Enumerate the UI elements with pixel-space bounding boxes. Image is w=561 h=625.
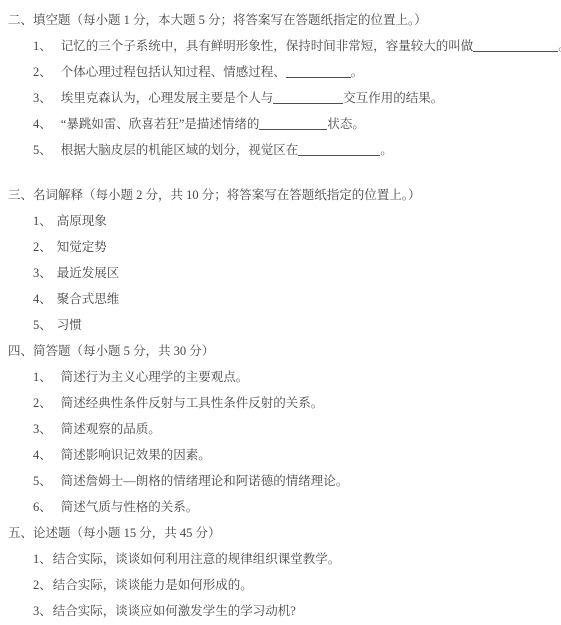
item-number: 5、 [33,468,52,494]
item-number: 2、 [33,390,52,416]
item-number: 1、 [33,364,52,390]
item-text: 个体心理过程包括认知过程、情感过程、。 [61,65,364,79]
text-run: “暴跳如雷、欣喜若狂”是描述情绪的 [61,117,260,131]
text-run: 结合实际，谈谈如何利用注意的规律组织课堂教学。 [53,552,341,566]
question-item: 4、聚合式思维 [8,286,561,312]
text-run: 知觉定势 [57,240,107,254]
text-run: 简述经典性条件反射与工具性条件反射的关系。 [61,396,324,410]
text-run: 个体心理过程包括认知过程、情感过程、 [61,65,286,79]
question-item: 1、简述行为主义心理学的主要观点。 [8,364,561,390]
text-run: 根据大脑皮层的机能区域的划分，视觉区在 [61,143,299,157]
item-text: 习惯 [57,318,82,332]
question-item: 3、埃里克森认为，心理发展主要是个人与交互作用的结果。 [8,85,561,111]
item-text: 高原现象 [57,214,107,228]
item-text: 根据大脑皮层的机能区域的划分，视觉区在。 [61,143,393,157]
section-heading-essay: 五、论述题（每小题 15 分，共 45 分） [8,520,561,546]
text-run: 结合实际，谈谈能力是如何形成的。 [53,578,253,592]
question-item: 3、最近发展区 [8,260,561,286]
question-item: 3、结合实际，谈谈应如何激发学生的学习动机? [8,598,561,624]
item-number: 3、 [33,416,52,442]
question-item: 5、根据大脑皮层的机能区域的划分，视觉区在。 [8,137,561,163]
question-item: 2、个体心理过程包括认知过程、情感过程、。 [8,59,561,85]
text-run: 交互作用的结果。 [343,91,443,105]
question-item: 3、简述观察的品质。 [8,416,561,442]
item-number: 4、 [33,442,52,468]
text-run: 简述气质与性格的关系。 [61,500,199,514]
item-number: 3、 [33,598,52,624]
fill-blank [259,127,327,130]
text-run: 。 [380,143,393,157]
section-heading-fill-in-the-blank: 二、填空题（每小题 1 分，本大题 5 分；将答案写在答题纸指定的位置上。） [8,7,561,33]
fill-blank [286,75,351,78]
text-run: 记忆的三个子系统中，具有鲜明形象性，保持时间非常短，容量较大的叫做 [61,39,474,53]
question-item: 2、知觉定势 [8,234,561,260]
item-text: 简述观察的品质。 [61,422,161,436]
text-run: 最近发展区 [57,266,120,280]
text-run: 简述行为主义心理学的主要观点。 [61,370,249,384]
section-short-answer: 四、简答题（每小题 5 分，共 30 分）1、简述行为主义心理学的主要观点。2、… [8,338,561,520]
text-run: 简述观察的品质。 [61,422,161,436]
question-item: 6、简述气质与性格的关系。 [8,494,561,520]
question-item: 2、结合实际，谈谈能力是如何形成的。 [8,572,561,598]
question-item: 5、简述詹姆士—朗格的情绪理论和阿诺德的情绪理论。 [8,468,561,494]
item-text: 结合实际，谈谈应如何激发学生的学习动机? [53,604,296,618]
text-run: 简述影响识记效果的因素。 [61,448,211,462]
question-item: 2、简述经典性条件反射与工具性条件反射的关系。 [8,390,561,416]
fill-blank [298,153,380,156]
section-term-definitions: 三、名词解释（每小题 2 分，共 10 分；将答案写在答题纸指定的位置上。）1、… [8,182,561,338]
item-text: 最近发展区 [57,266,120,280]
section-heading-short-answer: 四、简答题（每小题 5 分，共 30 分） [8,338,561,364]
item-text: 简述气质与性格的关系。 [61,500,199,514]
item-text: 简述影响识记效果的因素。 [61,448,211,462]
item-number: 1、 [33,33,52,59]
item-number: 5、 [33,137,52,163]
question-item: 1、结合实际，谈谈如何利用注意的规律组织课堂教学。 [8,546,561,572]
item-number: 2、 [33,59,52,85]
item-text: “暴跳如雷、欣喜若狂”是描述情绪的状态。 [61,117,365,131]
text-run: 。 [351,65,364,79]
question-item: 4、简述影响识记效果的因素。 [8,442,561,468]
item-text: 简述詹姆士—朗格的情绪理论和阿诺德的情绪理论。 [61,474,349,488]
exam-sheet: 二、填空题（每小题 1 分，本大题 5 分；将答案写在答题纸指定的位置上。）1、… [0,0,561,624]
question-item: 5、习惯 [8,312,561,338]
item-number: 3、 [33,260,52,286]
item-text: 知觉定势 [57,240,107,254]
item-number: 5、 [33,312,52,338]
item-text: 结合实际，谈谈能力是如何形成的。 [53,578,253,592]
item-number: 2、 [33,572,52,598]
text-run: 结合实际，谈谈应如何激发学生的学习动机? [53,604,296,618]
item-number: 4、 [33,111,52,137]
item-number: 2、 [33,234,52,260]
item-text: 简述行为主义心理学的主要观点。 [61,370,249,384]
item-number: 1、 [33,546,52,572]
question-item: 1、记忆的三个子系统中，具有鲜明形象性，保持时间非常短，容量较大的叫做。 [8,33,561,59]
text-run: 高原现象 [57,214,107,228]
text-run: 习惯 [57,318,82,332]
fill-blank [473,49,558,52]
text-run: 状态。 [327,117,365,131]
item-text: 结合实际，谈谈如何利用注意的规律组织课堂教学。 [53,552,341,566]
text-run: 埃里克森认为，心理发展主要是个人与 [61,91,274,105]
fill-blank [273,101,343,104]
item-number: 1、 [33,208,52,234]
section-fill-in-the-blank: 二、填空题（每小题 1 分，本大题 5 分；将答案写在答题纸指定的位置上。）1、… [8,7,561,163]
item-number: 4、 [33,286,52,312]
item-text: 简述经典性条件反射与工具性条件反射的关系。 [61,396,324,410]
text-run: 简述詹姆士—朗格的情绪理论和阿诺德的情绪理论。 [61,474,349,488]
item-text: 埃里克森认为，心理发展主要是个人与交互作用的结果。 [61,91,444,105]
item-number: 6、 [33,494,52,520]
item-number: 3、 [33,85,52,111]
text-run: 聚合式思维 [57,292,120,306]
item-text: 聚合式思维 [57,292,120,306]
item-text: 记忆的三个子系统中，具有鲜明形象性，保持时间非常短，容量较大的叫做。 [61,39,561,53]
question-item: 1、高原现象 [8,208,561,234]
section-heading-term-definitions: 三、名词解释（每小题 2 分，共 10 分；将答案写在答题纸指定的位置上。） [8,182,561,208]
question-item: 4、“暴跳如雷、欣喜若狂”是描述情绪的状态。 [8,111,561,137]
section-essay: 五、论述题（每小题 15 分，共 45 分）1、结合实际，谈谈如何利用注意的规律… [8,520,561,624]
